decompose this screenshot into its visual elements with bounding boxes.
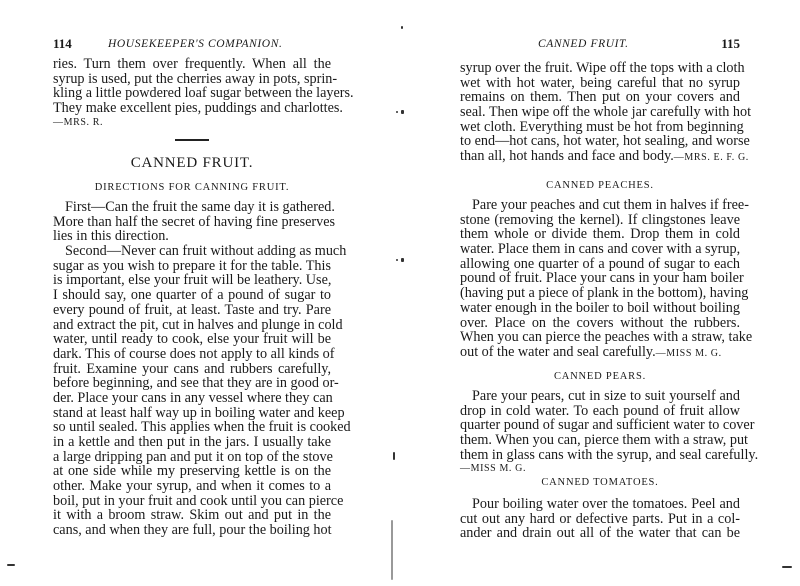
text-line: ries. Turn them over frequently. When al… (53, 57, 331, 72)
text-line: other. Make your syrup, and when it come… (53, 479, 331, 494)
text-line: seal. Then wipe off the whole jar carefu… (460, 105, 740, 120)
text-line: Pour boiling water over the tomatoes. Pe… (460, 497, 740, 512)
signature: —MRS. R. (53, 116, 331, 131)
running-head-title: CANNED FRUIT. (538, 36, 629, 52)
text-line: them whole or divide them. Drop them in … (460, 227, 740, 242)
running-head: CANNED FRUIT. 115 (460, 36, 740, 52)
text-line: is important, else your fruit will be le… (53, 273, 331, 288)
text-line: every pound of fruit, at least. Taste an… (53, 303, 331, 318)
page-number: 115 (721, 36, 740, 52)
text-line: They make excellent pies, puddings and c… (53, 101, 331, 116)
scan-speck (782, 566, 792, 568)
text-line: der. Place your cans in any vessel where… (53, 391, 331, 406)
text-line: boil, put in your fruit and cook until y… (53, 494, 331, 509)
text-line: lies in this direction. (53, 229, 331, 244)
text-line: water. Place them in cans and cover with… (460, 242, 740, 257)
line-text: out of the water and seal carefully. (460, 344, 656, 360)
signature: —MISS M. G. (460, 462, 740, 477)
text-line: Pare your pears, cut in size to suit you… (460, 389, 740, 404)
scan-speck (396, 259, 398, 261)
text-line: pound of fruit. Place your cans in your … (460, 271, 740, 286)
signature: —MRS. E. F. G. (674, 152, 749, 163)
scan-speck (393, 452, 395, 460)
recipe-body-tomatoes: Pour boiling water over the tomatoes. Pe… (460, 497, 740, 541)
text-line: it with a broom straw. Skim out and put … (53, 508, 331, 523)
scan-edge (391, 520, 393, 580)
text-line: them in glass cans with the syrup, and s… (460, 448, 740, 463)
left-page: 114 HOUSEKEEPER'S COMPANION. ries. Turn … (0, 0, 400, 586)
text-line: cans, and when they are full, pour the b… (53, 523, 331, 538)
text-line: drop in cold water. To each pound of fru… (460, 404, 740, 419)
recipe-body-peaches: Pare your peaches and cut them in halves… (460, 198, 740, 360)
text-line: so until sealed. This applies when the f… (53, 420, 331, 435)
text-line: wet cloth. Everything must be hot from b… (460, 120, 740, 135)
text-line: More than half the secret of having fine… (53, 215, 331, 230)
continuation-paragraph: ries. Turn them over frequently. When al… (53, 57, 331, 130)
text-line: them. When you can, pierce them with a s… (460, 433, 740, 448)
text-line: Pare your peaches and cut them in halves… (460, 198, 740, 213)
subsection-title: DIRECTIONS FOR CANNING FRUIT. (53, 182, 331, 193)
running-head: 114 HOUSEKEEPER'S COMPANION. (53, 36, 331, 52)
text-line: syrup is used, put the cherries away in … (53, 72, 331, 87)
continuation-paragraph: syrup over the fruit. Wipe off the tops … (460, 61, 740, 164)
section-divider (175, 139, 209, 141)
text-line: than all, hot hands and face and body.—M… (460, 149, 740, 164)
right-page: CANNED FRUIT. 115 syrup over the fruit. … (400, 0, 800, 586)
text-line: kling a little powdered loaf sugar betwe… (53, 86, 331, 101)
text-line: out of the water and seal carefully.—MIS… (460, 345, 740, 360)
text-line: cut out any hard or defective parts. Put… (460, 512, 740, 527)
recipe-title-pears: CANNED PEARS. (460, 371, 740, 382)
text-line: sugar as you wish to prepare it for the … (53, 259, 331, 274)
text-line: a large dripping pan and put it on top o… (53, 450, 331, 465)
text-line: quarter pound of sugar and sufficient wa… (460, 418, 740, 433)
directions-body: First—Can the fruit the same day it is g… (53, 200, 331, 538)
recipe-title-tomatoes: CANNED TOMATOES. (460, 477, 740, 488)
scan-speck (396, 111, 398, 113)
text-line: I should say, one quarter of a pound of … (53, 288, 331, 303)
text-line: (having put a piece of plank in the bott… (460, 286, 740, 301)
text-line: in a kettle and then put in the jars. I … (53, 435, 331, 450)
scan-speck (401, 110, 404, 114)
text-line: and extract the pit, cut in halves and p… (53, 318, 331, 333)
text-line: over. Place on the covers without the ru… (460, 316, 740, 331)
text-line: allowing one quarter of a pound of sugar… (460, 257, 740, 272)
text-line: before beginning, and see that they are … (53, 376, 331, 391)
text-line: water enough in the boiler to boil witho… (460, 301, 740, 316)
text-line: at one side while my preserving kettle i… (53, 464, 331, 479)
text-line: wet with hot water, being careful that n… (460, 76, 740, 91)
running-head-title: HOUSEKEEPER'S COMPANION. (108, 36, 282, 52)
text-line: remains on them. Then put on your covers… (460, 90, 740, 105)
text-line: First—Can the fruit the same day it is g… (53, 200, 331, 215)
signature: —MISS M. G. (656, 348, 722, 359)
recipe-title-peaches: CANNED PEACHES. (460, 180, 740, 191)
text-line: When you can pierce the peaches with a s… (460, 330, 740, 345)
text-line: to end—hot cans, hot water, hot sealing,… (460, 134, 740, 149)
text-line: water, until ready to cook, else your fr… (53, 332, 331, 347)
text-line: stand at least half way up in boiling wa… (53, 406, 331, 421)
text-line: Second—Never can fruit without adding as… (53, 244, 331, 259)
section-title: CANNED FRUIT. (53, 155, 331, 172)
text-line: fruit. Examine your cans and rubbers car… (53, 362, 331, 377)
recipe-body-pears: Pare your pears, cut in size to suit you… (460, 389, 740, 477)
line-text: than all, hot hands and face and body. (460, 148, 674, 164)
scan-speck (401, 258, 404, 262)
text-line: ander and drain out all of the water tha… (460, 526, 740, 541)
text-line: dark. This of course does not apply to a… (53, 347, 331, 362)
page-number: 114 (53, 36, 72, 52)
text-line: syrup over the fruit. Wipe off the tops … (460, 61, 740, 76)
text-line: stone (removing the kernel). If clingsto… (460, 213, 740, 228)
scan-speck (7, 564, 15, 566)
scan-speck (401, 26, 403, 29)
